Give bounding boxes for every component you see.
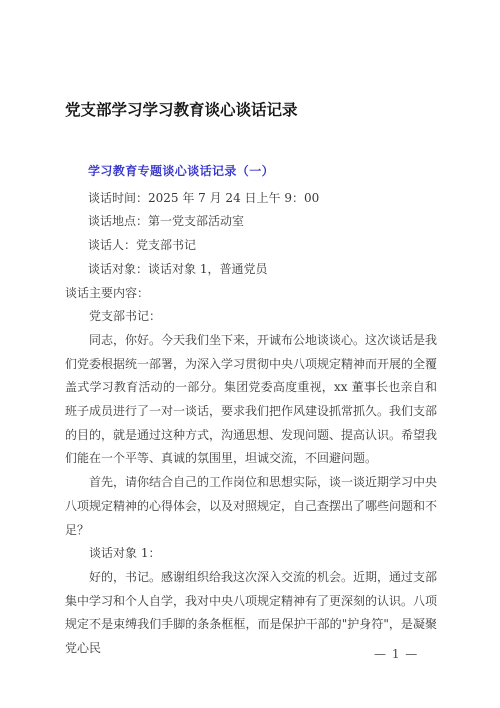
speaker-label-branch-secretary: 党支部书记： <box>65 305 437 329</box>
document-title: 党支部学习学习教育谈心谈话记录 <box>65 101 437 121</box>
document-page: 党支部学习学习教育谈心谈话记录 学习教育专题谈心谈话记录（一） 谈话时间：202… <box>0 0 500 708</box>
paragraph-secretary-question: 首先，请你结合自己的工作岗位和思想实际，谈一谈近期学习中央八项规定精神的心得体会… <box>65 471 437 542</box>
meta-line-talk-time: 谈话时间：2025 年 7 月 24 日上午 9：00 <box>65 187 437 211</box>
meta-line-talk-subject: 谈话对象：谈话对象 1，普通党员 <box>65 258 437 282</box>
page-number: — 1 — <box>374 645 418 663</box>
section-label-main-content: 谈话主要内容： <box>65 282 437 306</box>
meta-block: 谈话时间：2025 年 7 月 24 日上午 9：00 谈话地点：第一党支部活动… <box>65 187 437 282</box>
document-subtitle: 学习教育专题谈心谈话记录（一） <box>65 160 437 184</box>
speaker-label-talk-subject-1: 谈话对象 1： <box>65 542 437 566</box>
paragraph-secretary-opening: 同志，你好。今天我们坐下来，开诚布公地谈谈心。这次谈话是我们党委根据统一部署，为… <box>65 329 437 471</box>
document-content: 党支部学习学习教育谈心谈话记录 学习教育专题谈心谈话记录（一） 谈话时间：202… <box>65 0 437 661</box>
meta-line-talk-host: 谈话人：党支部书记 <box>65 234 437 258</box>
meta-line-talk-location: 谈话地点：第一党支部活动室 <box>65 210 437 234</box>
